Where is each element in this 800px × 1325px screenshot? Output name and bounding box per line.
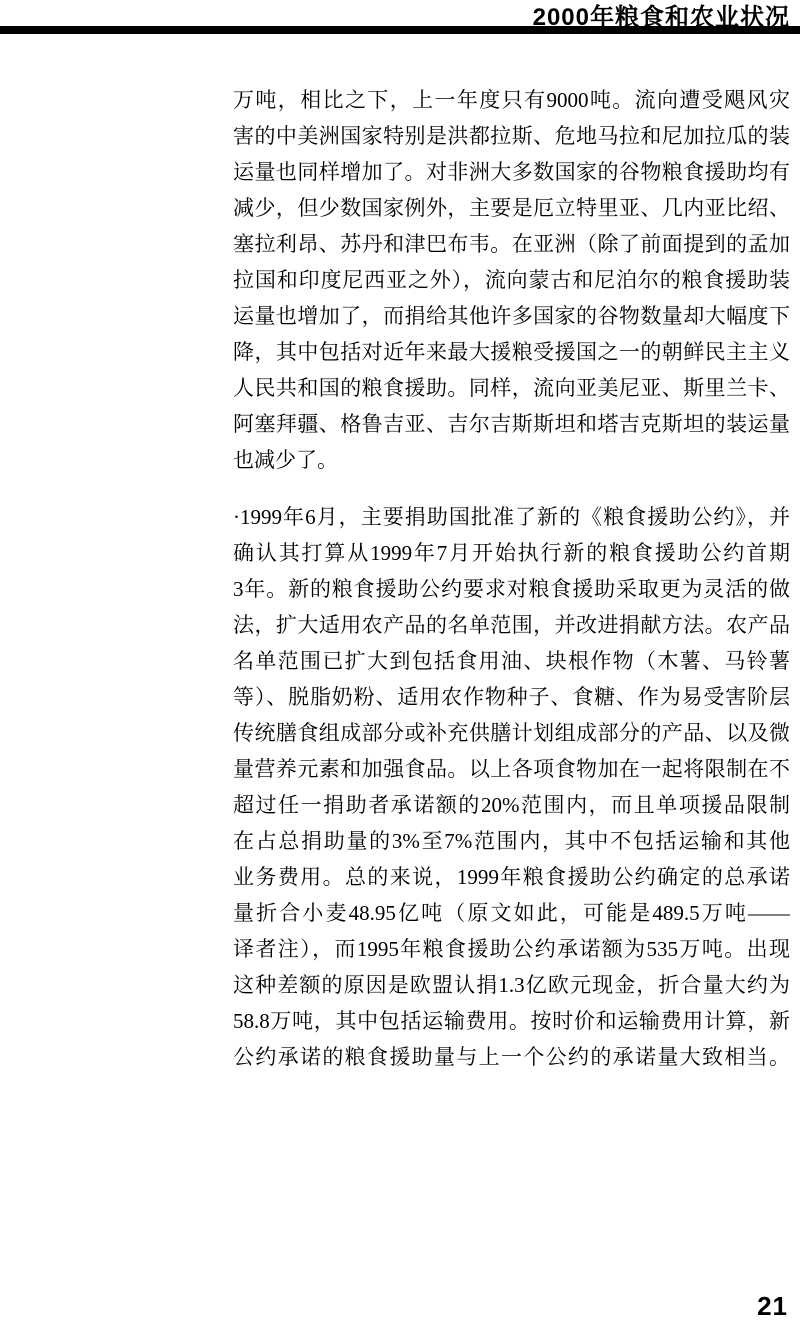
body-text-column: 万吨，相比之下，上一年度只有9000吨。流向遭受飓风灾 害的中美洲国家特别是洪都…: [233, 82, 790, 1075]
text-line: 超过任一捐助者承诺额的20%范围内，而且单项援品限制: [233, 787, 790, 823]
text-line: 降，其中包括对近年来最大援粮受援国之一的朝鲜民主主义: [233, 334, 790, 370]
text-line: 也减少了。: [233, 442, 790, 478]
text-line: 3年。新的粮食援助公约要求对粮食援助采取更为灵活的做: [233, 571, 790, 607]
text-line: 业务费用。总的来说，1999年粮食援助公约确定的总承诺: [233, 859, 790, 895]
text-line: 害的中美洲国家特别是洪都拉斯、危地马拉和尼加拉瓜的装: [233, 118, 790, 154]
text-line: 确认其打算从1999年7月开始执行新的粮食援助公约首期: [233, 535, 790, 571]
text-line: 量折合小麦48.95亿吨（原文如此，可能是489.5万吨——: [233, 895, 790, 931]
text-line: 拉国和印度尼西亚之外），流向蒙古和尼泊尔的粮食援助装: [233, 262, 790, 298]
text-line: 万吨，相比之下，上一年度只有9000吨。流向遭受飓风灾: [233, 82, 790, 118]
document-page: 2000年粮食和农业状况 万吨，相比之下，上一年度只有9000吨。流向遭受飓风灾…: [0, 0, 800, 1325]
page-number: 21: [757, 1291, 788, 1322]
text-line: 运量也增加了，而捐给其他许多国家的谷物数量却大幅度下: [233, 298, 790, 334]
text-line: 名单范围已扩大到包括食用油、块根作物（木薯、马铃薯: [233, 643, 790, 679]
text-line: 阿塞拜疆、格鲁吉亚、吉尔吉斯斯坦和塔吉克斯坦的装运量: [233, 406, 790, 442]
text-line: 减少，但少数国家例外，主要是厄立特里亚、几内亚比绍、: [233, 190, 790, 226]
text-line: ·1999年6月，主要捐助国批准了新的《粮食援助公约》，并: [233, 499, 790, 535]
bullet-paragraph: ·1999年6月，主要捐助国批准了新的《粮食援助公约》，并 确认其打算从1999…: [233, 499, 790, 1075]
text-line: 等）、脱脂奶粉、适用农作物种子、食糖、作为易受害阶层: [233, 679, 790, 715]
text-line: 译者注），而1995年粮食援助公约承诺额为535万吨。出现: [233, 931, 790, 967]
text-line: 人民共和国的粮食援助。同样，流向亚美尼亚、斯里兰卡、: [233, 370, 790, 406]
text-line: 法，扩大适用农产品的名单范围，并改进捐献方法。农产品: [233, 607, 790, 643]
text-line: 这种差额的原因是欧盟认捐1.3亿欧元现金，折合量大约为: [233, 967, 790, 1003]
text-line: 传统膳食组成部分或补充供膳计划组成部分的产品、以及微: [233, 715, 790, 751]
text-line: 公约承诺的粮食援助量与上一个公约的承诺量大致相当。: [233, 1039, 790, 1075]
text-line: 塞拉利昂、苏丹和津巴布韦。在亚洲（除了前面提到的孟加: [233, 226, 790, 262]
text-line: 58.8万吨，其中包括运输费用。按时价和运输费用计算，新: [233, 1003, 790, 1039]
text-line: 运量也同样增加了。对非洲大多数国家的谷物粮食援助均有: [233, 154, 790, 190]
paragraph: 万吨，相比之下，上一年度只有9000吨。流向遭受飓风灾 害的中美洲国家特别是洪都…: [233, 82, 790, 478]
header-rule-divider: [0, 26, 800, 34]
text-line: 量营养元素和加强食品。以上各项食物加在一起将限制在不: [233, 751, 790, 787]
text-line: 在占总捐助量的3%至7%范围内，其中不包括运输和其他: [233, 823, 790, 859]
